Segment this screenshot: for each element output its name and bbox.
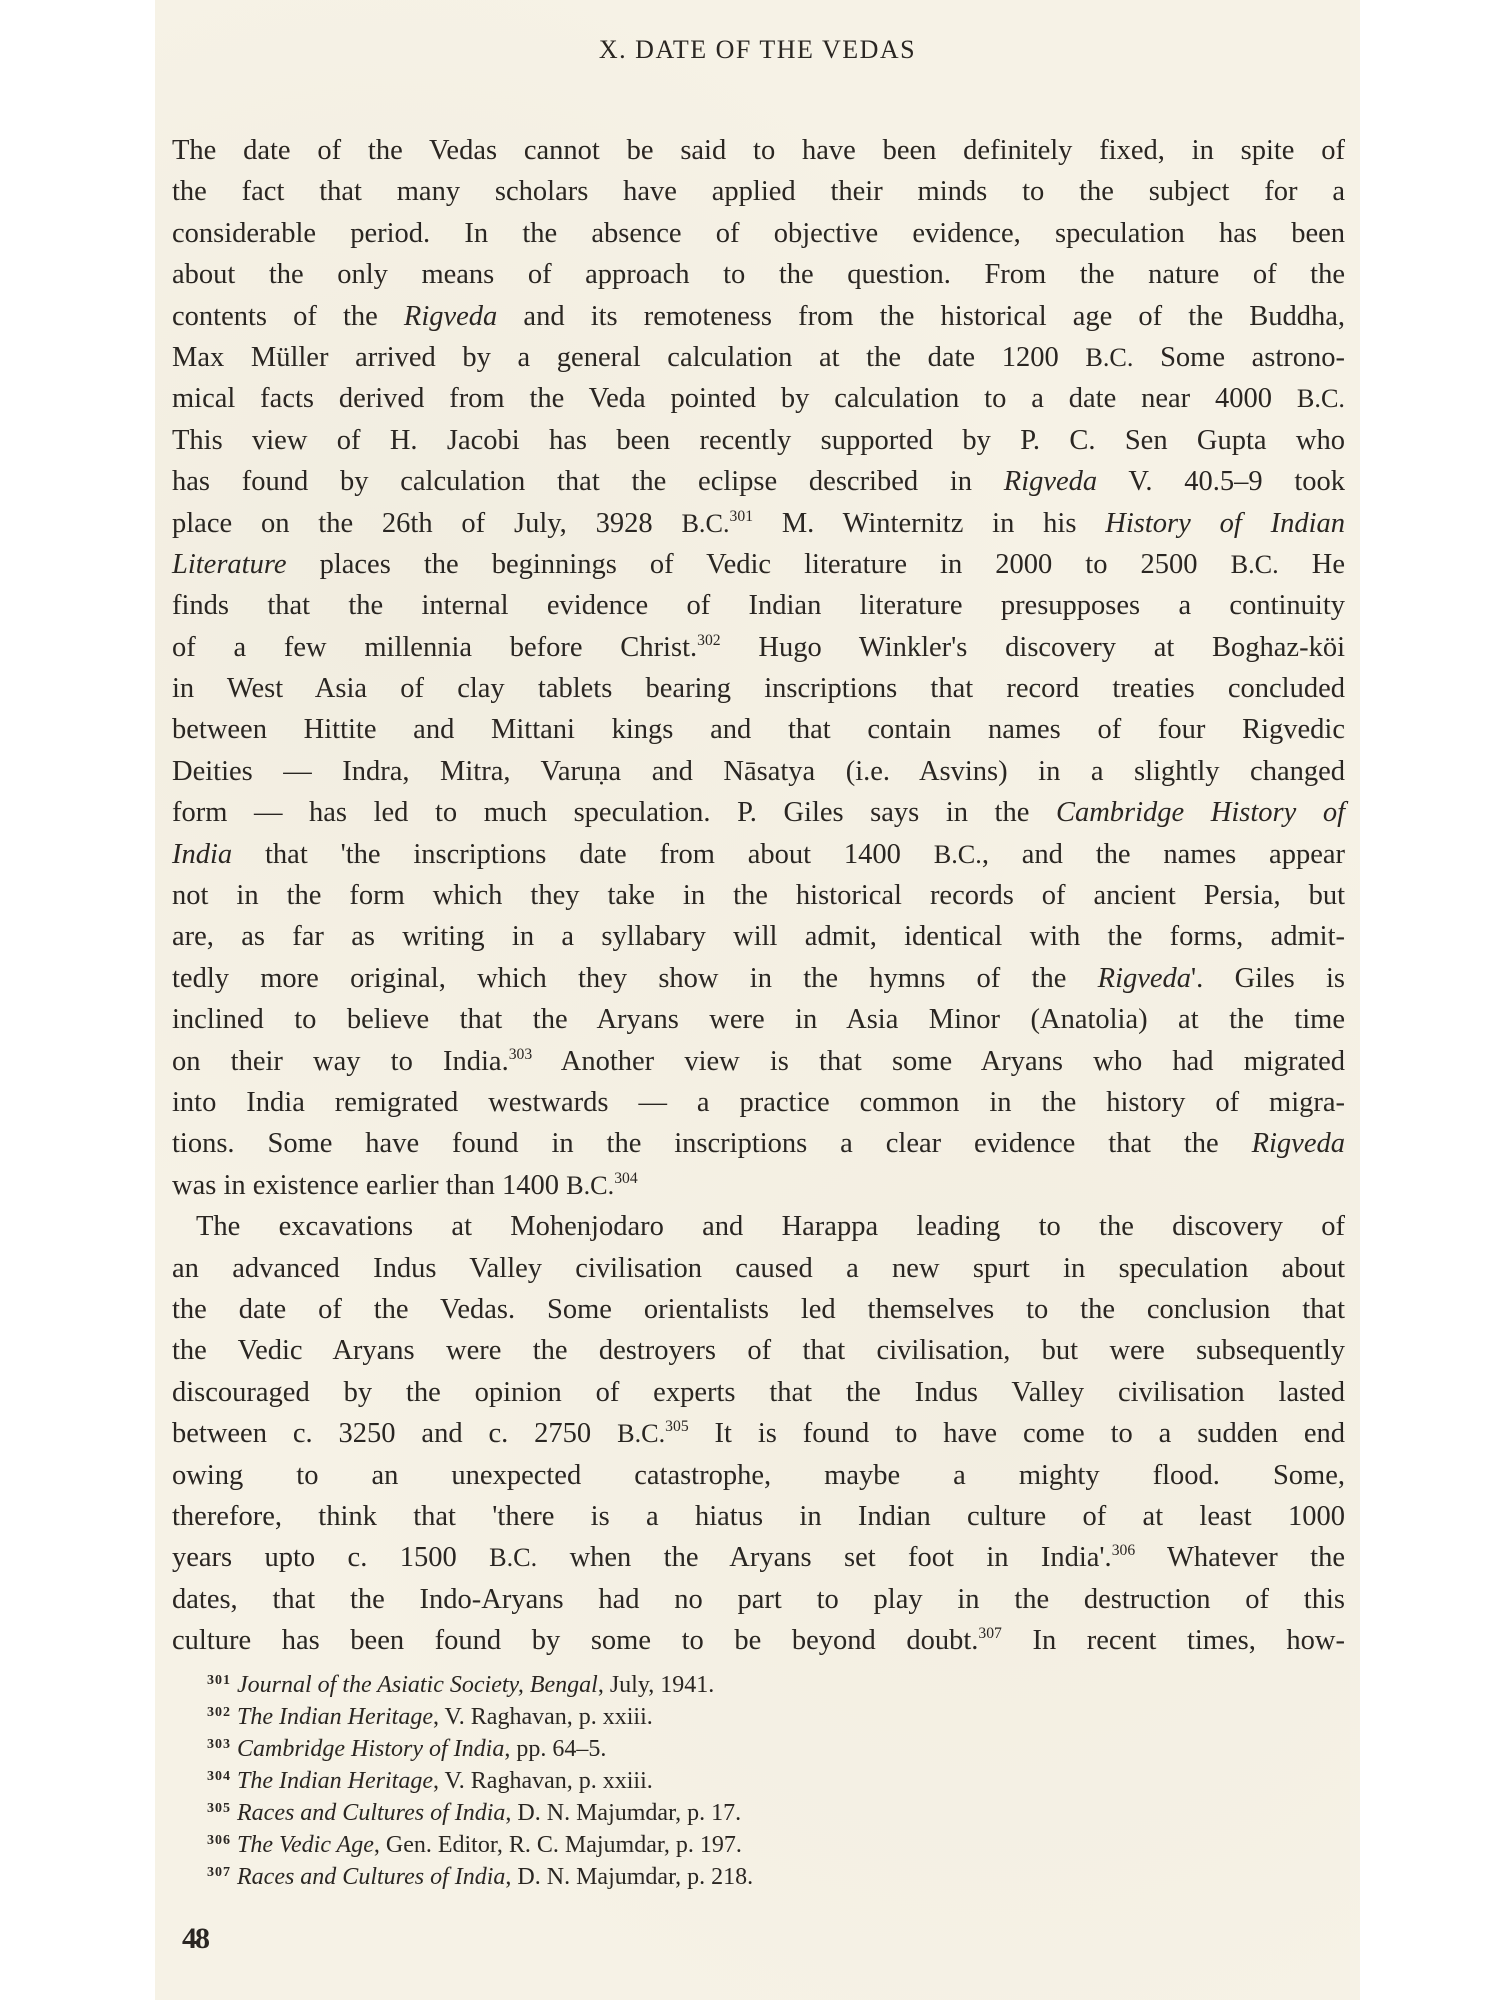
text-line: The excavations at Mohenjodaro and Harap… — [172, 1206, 1345, 1247]
text-line: not in the form which they take in the h… — [172, 875, 1345, 916]
text-run: This view of H. Jacobi has been recently… — [172, 425, 1345, 456]
footnote-ref[interactable]: 302 — [697, 632, 720, 649]
text-run: inclined to believe that the Aryans were… — [172, 1004, 1345, 1035]
text-line: on their way to India.303 Another view i… — [172, 1041, 1345, 1082]
text-line: considerable period. In the absence of o… — [172, 213, 1345, 254]
text-line: Max Müller arrived by a general calculat… — [172, 337, 1345, 378]
era-abbrev: B.C. — [489, 1543, 537, 1572]
footnote-title: Journal of the Asiatic Society, Bengal — [237, 1672, 598, 1698]
era-abbrev: B.C. — [1085, 343, 1133, 372]
text-run: places the beginnings of Vedic literatur… — [287, 549, 1231, 580]
text-line: about the only means of approach to the … — [172, 254, 1345, 295]
text-run: of a few millennia before Christ. — [172, 632, 697, 663]
text-line: Literature places the beginnings of Vedi… — [172, 544, 1345, 585]
text-line: The date of the Vedas cannot be said to … — [172, 130, 1345, 171]
footnote-item: 306The Vedic Age, Gen. Editor, R. C. Maj… — [207, 1825, 1107, 1857]
text-line: in West Asia of clay tablets bearing ins… — [172, 668, 1345, 709]
italic-title: Rigveda — [1004, 466, 1097, 497]
footnote-item: 305Races and Cultures of India, D. N. Ma… — [207, 1793, 1107, 1825]
text-line: an advanced Indus Valley civilisation ca… — [172, 1248, 1345, 1289]
footnote-number: 305 — [207, 1801, 231, 1816]
text-run: when the Aryans set foot in India'. — [537, 1542, 1112, 1573]
footnote-title: The Indian Heritage — [237, 1704, 433, 1730]
text-run: finds that the internal evidence of Indi… — [172, 590, 1345, 621]
text-line: into India remigrated westwards — a prac… — [172, 1082, 1345, 1123]
text-run: not in the form which they take in the h… — [172, 880, 1345, 911]
footnote-details: , D. N. Majumdar, p. 17. — [505, 1800, 741, 1826]
text-run: In recent times, how- — [1002, 1625, 1345, 1656]
text-run: discouraged by the opinion of experts th… — [172, 1377, 1345, 1408]
footnote-item: 303Cambridge History of India, pp. 64–5. — [207, 1729, 1107, 1761]
footnote-number: 301 — [207, 1673, 231, 1688]
text-run: tions. Some have found in the inscriptio… — [172, 1128, 1252, 1159]
text-run: and its remoteness from the historical a… — [497, 301, 1345, 332]
text-line: Deities — Indra, Mitra, Varuṇa and Nāsat… — [172, 751, 1345, 792]
footnote-item: 301Journal of the Asiatic Society, Benga… — [207, 1665, 1107, 1697]
footnote-ref[interactable]: 301 — [730, 508, 753, 525]
text-run: The date of the Vedas cannot be said to … — [172, 135, 1345, 166]
text-run: Max Müller arrived by a general calculat… — [172, 342, 1085, 373]
text-run: Some astrono- — [1133, 342, 1345, 373]
text-run: Hugo Winkler's discovery at Boghaz-köi — [721, 632, 1345, 663]
text-run: dates, that the Indo-Aryans had no part … — [172, 1584, 1345, 1615]
text-line: culture has been found by some to be bey… — [172, 1620, 1345, 1661]
text-line: of a few millennia before Christ.302 Hug… — [172, 627, 1345, 668]
text-run: owing to an unexpected catastrophe, mayb… — [172, 1460, 1345, 1491]
footnote-ref[interactable]: 305 — [665, 1418, 688, 1435]
text-run: Whatever the — [1135, 1542, 1345, 1573]
era-abbrev: B.C. — [566, 1171, 614, 1200]
footnote-title: The Indian Heritage — [237, 1768, 433, 1794]
text-run: M. Winternitz in his — [753, 508, 1105, 539]
footnote-details: , pp. 64–5. — [504, 1736, 606, 1762]
text-line: owing to an unexpected catastrophe, mayb… — [172, 1455, 1345, 1496]
text-run: Another view is that some Aryans who had… — [532, 1046, 1345, 1077]
text-run: in West Asia of clay tablets bearing ins… — [172, 673, 1345, 704]
italic-title: Rigveda — [1252, 1128, 1345, 1159]
text-run: considerable period. In the absence of o… — [172, 218, 1345, 249]
footnote-details: , Gen. Editor, R. C. Majumdar, p. 197. — [374, 1832, 742, 1858]
footnote-number: 307 — [207, 1865, 231, 1880]
text-run: are, as far as writing in a syllabary wi… — [172, 921, 1345, 952]
text-line: has found by calculation that the eclips… — [172, 461, 1345, 502]
text-run: that 'the inscriptions date from about 1… — [232, 839, 934, 870]
text-line: therefore, think that 'there is a hiatus… — [172, 1496, 1345, 1537]
text-line: place on the 26th of July, 3928 B.C.301 … — [172, 503, 1345, 544]
footnote-item: 304The Indian Heritage, V. Raghavan, p. … — [207, 1761, 1107, 1793]
footnote-title: Races and Cultures of India — [237, 1800, 505, 1826]
era-abbrev: B.C. — [681, 509, 729, 538]
text-line: was in existence earlier than 1400 B.C.3… — [172, 1165, 1345, 1206]
text-run: about the only means of approach to the … — [172, 259, 1345, 290]
text-run: the Vedic Aryans were the destroyers of … — [172, 1335, 1345, 1366]
italic-title: History of Indian — [1105, 508, 1345, 539]
footnote-details: , July, 1941. — [598, 1672, 714, 1698]
text-run: an advanced Indus Valley civilisation ca… — [172, 1253, 1345, 1284]
text-run: , and the names appear — [982, 839, 1345, 870]
text-run: on their way to India. — [172, 1046, 509, 1077]
text-run: therefore, think that 'there is a hiatus… — [172, 1501, 1345, 1532]
italic-title: Literature — [172, 549, 287, 580]
text-run: It is found to have come to a sudden end — [689, 1418, 1345, 1449]
text-run: Deities — Indra, Mitra, Varuṇa and Nāsat… — [172, 756, 1345, 787]
italic-title: Rigveda — [404, 301, 497, 332]
body-text: The date of the Vedas cannot be said to … — [172, 130, 1345, 1661]
text-run: the date of the Vedas. Some orientalists… — [172, 1294, 1345, 1325]
text-line: the fact that many scholars have applied… — [172, 171, 1345, 212]
footnotes: 301Journal of the Asiatic Society, Benga… — [207, 1665, 1107, 1889]
text-line: between Hittite and Mittani kings and th… — [172, 709, 1345, 750]
footnote-ref[interactable]: 304 — [614, 1170, 637, 1187]
italic-title: India — [172, 839, 232, 870]
text-line: form — has led to much speculation. P. G… — [172, 792, 1345, 833]
footnote-number: 303 — [207, 1737, 231, 1752]
text-run: culture has been found by some to be bey… — [172, 1625, 978, 1656]
footnote-title: Cambridge History of India — [237, 1736, 504, 1762]
footnote-number: 304 — [207, 1769, 231, 1784]
text-run: into India remigrated westwards — a prac… — [172, 1087, 1345, 1118]
text-line: finds that the internal evidence of Indi… — [172, 585, 1345, 626]
text-line: inclined to believe that the Aryans were… — [172, 999, 1345, 1040]
footnote-ref[interactable]: 303 — [509, 1046, 532, 1063]
footnote-number: 306 — [207, 1833, 231, 1848]
text-line: the date of the Vedas. Some orientalists… — [172, 1289, 1345, 1330]
text-run: between Hittite and Mittani kings and th… — [172, 714, 1345, 745]
footnote-ref[interactable]: 306 — [1112, 1542, 1135, 1559]
page-number: 48 — [182, 1922, 208, 1956]
footnote-title: Races and Cultures of India — [237, 1864, 505, 1890]
footnote-details: , V. Raghavan, p. xxiii. — [433, 1704, 653, 1730]
text-run: tedly more original, which they show in … — [172, 963, 1098, 994]
footnote-details: , V. Raghavan, p. xxiii. — [433, 1768, 653, 1794]
text-run: '. Giles is — [1191, 963, 1345, 994]
text-line: tedly more original, which they show in … — [172, 958, 1345, 999]
footnote-details: , D. N. Majumdar, p. 218. — [505, 1864, 753, 1890]
text-line: are, as far as writing in a syllabary wi… — [172, 916, 1345, 957]
text-line: tions. Some have found in the inscriptio… — [172, 1123, 1345, 1164]
text-line: years upto c. 1500 B.C. when the Aryans … — [172, 1537, 1345, 1578]
text-line: dates, that the Indo-Aryans had no part … — [172, 1579, 1345, 1620]
era-abbrev: B.C. — [934, 840, 982, 869]
text-run: between c. 3250 and c. 2750 — [172, 1418, 617, 1449]
italic-title: Rigveda — [1098, 963, 1191, 994]
text-line: India that 'the inscriptions date from a… — [172, 834, 1345, 875]
text-run: has found by calculation that the eclips… — [172, 466, 1004, 497]
book-page: X. DATE OF THE VEDAS The date of the Ved… — [155, 0, 1360, 2000]
text-run: V. 40.5–9 took — [1097, 466, 1345, 497]
text-run: years upto c. 1500 — [172, 1542, 489, 1573]
text-run: form — has led to much speculation. P. G… — [172, 797, 1056, 828]
text-line: discouraged by the opinion of experts th… — [172, 1372, 1345, 1413]
running-head: X. DATE OF THE VEDAS — [155, 30, 1360, 70]
footnote-item: 307Races and Cultures of India, D. N. Ma… — [207, 1857, 1107, 1889]
footnote-title: The Vedic Age — [237, 1832, 374, 1858]
text-run: The excavations at Mohenjodaro and Harap… — [196, 1211, 1345, 1242]
era-abbrev: B.C. — [1297, 384, 1345, 413]
text-run: the fact that many scholars have applied… — [172, 176, 1345, 207]
text-line: the Vedic Aryans were the destroyers of … — [172, 1330, 1345, 1371]
italic-title: Cambridge History of — [1056, 797, 1345, 828]
era-abbrev: B.C. — [1231, 550, 1279, 579]
text-run: mical facts derived from the Veda pointe… — [172, 383, 1297, 414]
footnote-number: 302 — [207, 1705, 231, 1720]
text-run: was in existence earlier than 1400 — [172, 1170, 566, 1201]
footnote-ref[interactable]: 307 — [978, 1625, 1001, 1642]
era-abbrev: B.C. — [617, 1419, 665, 1448]
text-run: He — [1279, 549, 1345, 580]
footnote-item: 302The Indian Heritage, V. Raghavan, p. … — [207, 1697, 1107, 1729]
text-line: This view of H. Jacobi has been recently… — [172, 420, 1345, 461]
text-line: mical facts derived from the Veda pointe… — [172, 378, 1345, 419]
text-line: between c. 3250 and c. 2750 B.C.305 It i… — [172, 1413, 1345, 1454]
text-run: contents of the — [172, 301, 404, 332]
text-run: place on the 26th of July, 3928 — [172, 508, 681, 539]
text-line: contents of the Rigveda and its remotene… — [172, 296, 1345, 337]
